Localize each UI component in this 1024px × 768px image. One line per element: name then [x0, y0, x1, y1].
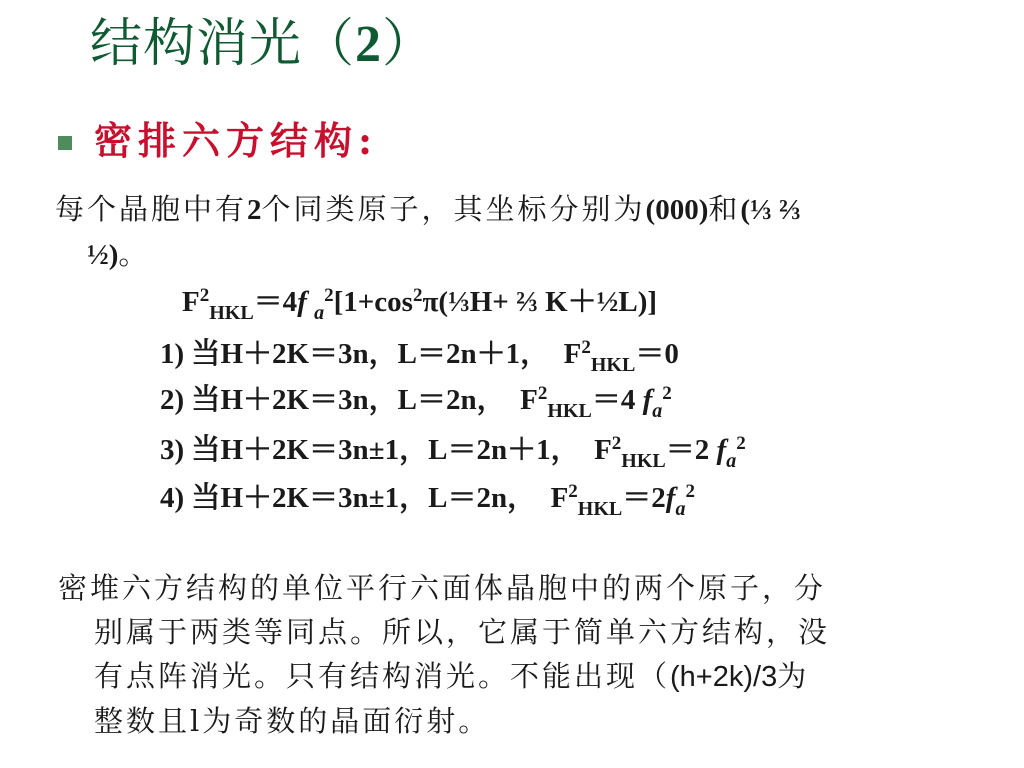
condition-F-sup: 2 — [581, 337, 591, 358]
formula-eq: ＝4 — [254, 286, 298, 318]
condition-F-sup: 2 — [568, 481, 578, 502]
conclusion-paragraph: 密堆六方结构的单位平行六面体晶胞中的两个原子，分 别属于两类等同点。所以，它属于… — [58, 566, 968, 743]
formula-F-sub: HKL — [209, 302, 253, 324]
conclusion-expression: (h+2k)/3 — [670, 661, 777, 693]
intro-and: 和 — [708, 192, 740, 226]
condition-3: 3) 当H＋2K＝3n±1，L＝2n＋1， F2HKL＝2 fa2 — [160, 434, 746, 471]
condition-when: 当 — [191, 382, 220, 416]
condition-F: F — [551, 482, 569, 514]
conclusion-line-1: 密堆六方结构的单位平行六面体晶胞中的两个原子，分 — [58, 566, 968, 610]
condition-F-sub: HKL — [621, 450, 665, 472]
condition-f-sup: 2 — [736, 433, 746, 454]
condition-when: 当 — [191, 336, 220, 370]
structure-factor-formula: F2HKL＝4f a2[1+cos2π(⅓H+ ⅔ K＋½L)] — [182, 286, 657, 323]
condition-2: 2) 当H＋2K＝3n，L＝2n， F2HKL＝4 fa2 — [160, 384, 672, 421]
title-number: 2 — [355, 16, 382, 73]
condition-when: 当 — [191, 432, 220, 466]
bullet-heading-row: 密排六方结构: — [58, 122, 378, 160]
condition-f-sub: a — [726, 450, 736, 472]
coordinate-1: (000) — [646, 194, 709, 226]
condition-text: H＋2K＝3n，L＝2n， — [220, 384, 505, 416]
condition-text: H＋2K＝3n±1，L＝2n， — [220, 482, 536, 514]
intro-paragraph: 每个晶胞中有2个同类原子，其坐标分别为(000)和(⅓ ⅔ ½)。 — [55, 187, 955, 277]
formula-f-sup: 2 — [324, 285, 334, 306]
condition-F-sup: 2 — [612, 433, 622, 454]
formula-f-sub: a — [314, 302, 324, 324]
intro-text-b: 个同类原子，其坐标分别为 — [262, 192, 646, 226]
condition-index: 3) — [160, 434, 184, 466]
conclusion-line-3a: 有点阵消光。只有结构消光。不能出现（ — [94, 659, 670, 693]
intro-period: 。 — [118, 237, 150, 271]
condition-F-sub: HKL — [547, 400, 591, 422]
condition-f: f — [643, 384, 653, 416]
condition-when: 当 — [191, 480, 220, 514]
condition-text: H＋2K＝3n±1，L＝2n＋1， — [220, 434, 579, 466]
condition-result: ＝4 — [592, 384, 636, 416]
condition-F: F — [564, 338, 582, 370]
condition-f-sup: 2 — [685, 481, 695, 502]
intro-text-a: 每个晶胞中有 — [55, 192, 247, 226]
condition-index: 4) — [160, 482, 184, 514]
condition-result: ＝0 — [635, 338, 679, 370]
condition-1: 1) 当H＋2K＝3n，L＝2n＋1， F2HKL＝0 — [160, 338, 679, 375]
condition-index: 2) — [160, 384, 184, 416]
condition-4: 4) 当H＋2K＝3n±1，L＝2n， F2HKL＝2fa2 — [160, 482, 695, 519]
condition-F: F — [520, 384, 538, 416]
coordinate-2-end: ½) — [87, 239, 118, 271]
conclusion-line-3: 有点阵消光。只有结构消光。不能出现（(h+2k)/3为 — [58, 654, 968, 699]
condition-F-sup: 2 — [538, 383, 548, 404]
title-close-paren: ） — [382, 14, 435, 74]
intro-atom-count: 2 — [247, 194, 262, 226]
condition-result: ＝2 — [622, 482, 666, 514]
condition-F-sub: HKL — [591, 354, 635, 376]
formula-F-sup: 2 — [200, 285, 210, 306]
conclusion-line-3c: 为 — [777, 659, 809, 693]
formula-rest: π(⅓H+ ⅔ K＋½L)] — [422, 286, 657, 318]
condition-f: f — [717, 434, 727, 466]
square-bullet-icon — [58, 136, 72, 150]
condition-index: 1) — [160, 338, 184, 370]
formula-bracket: [1+cos — [334, 286, 413, 318]
condition-f-sub: a — [652, 400, 662, 422]
conclusion-line-4: 整数且l为奇数的晶面衍射。 — [58, 699, 968, 743]
section-heading: 密排六方结构: — [94, 122, 378, 160]
condition-F-sub: HKL — [578, 498, 622, 520]
condition-F: F — [594, 434, 612, 466]
slide-title: 结构消光（2） — [90, 18, 435, 71]
formula-F: F — [182, 286, 200, 318]
coordinate-2-start: (⅓ ⅔ — [740, 194, 800, 226]
condition-f-sub: a — [675, 498, 685, 520]
formula-f: f — [297, 286, 307, 318]
condition-text: H＋2K＝3n，L＝2n＋1， — [220, 338, 549, 370]
condition-f: f — [666, 482, 676, 514]
conclusion-line-2: 别属于两类等同点。所以，它属于简单六方结构，没 — [58, 610, 968, 654]
condition-result: ＝2 — [666, 434, 710, 466]
title-text: 结构消光（ — [90, 14, 355, 74]
condition-f-sup: 2 — [662, 383, 672, 404]
